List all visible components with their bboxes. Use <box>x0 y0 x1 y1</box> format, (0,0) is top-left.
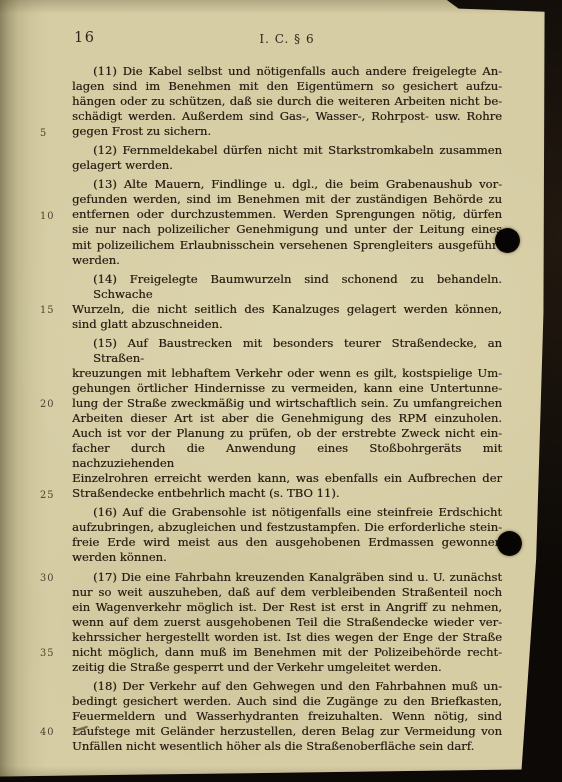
text-line: 20lung der Straße zweckmäßig und wirtsch… <box>72 396 502 411</box>
line-text: ein Wagenverkehr möglich ist. Der Rest i… <box>72 600 502 614</box>
text-line: gefunden werden, sind im Benehmen mit de… <box>72 192 502 207</box>
line-text: kehrssicher hergestellt worden ist. Ist … <box>72 630 502 644</box>
line-text: entfernen oder durchzustemmen. Werden Sp… <box>72 207 502 221</box>
paragraph: (11) Die Kabel selbst und nötigenfalls a… <box>72 64 502 139</box>
line-text: werden können. <box>72 550 167 564</box>
line-text: Unfällen nicht wesentlich höher als die … <box>72 739 474 753</box>
text-line: kehrssicher hergestellt worden ist. Ist … <box>72 630 502 645</box>
line-text: (12) Fernmeldekabel dürfen nicht mit Sta… <box>93 143 502 157</box>
line-text: kreuzungen mit lebhaftem Verkehr oder we… <box>72 366 502 380</box>
paragraph: (18) Der Verkehr auf den Gehwegen und de… <box>72 679 502 754</box>
line-text: freie Erde wird meist aus den ausgehoben… <box>72 535 502 549</box>
text-line: (16) Auf die Grabensohle ist nötigenfall… <box>72 505 502 520</box>
text-line: zeitig die Straße gesperrt und der Verke… <box>72 660 502 675</box>
paragraph: 30(17) Die eine Fahrbahn kreuzenden Kana… <box>72 570 502 675</box>
text-line: (14) Freigelegte Baumwurzeln sind schone… <box>72 272 502 302</box>
line-text: gegen Frost zu sichern. <box>72 124 211 138</box>
hole-punch-bottom <box>497 531 522 556</box>
line-text: Einzelrohren erreicht werden kann, was e… <box>72 471 502 485</box>
text-line: 40Laufstege mit Geländer herzustellen, d… <box>72 724 502 739</box>
margin-line-number: 25 <box>40 488 64 503</box>
text-line: 30(17) Die eine Fahrbahn kreuzenden Kana… <box>72 570 502 585</box>
line-text: nur so weit auszuheben, daß auf dem verb… <box>72 585 502 599</box>
line-text: lung der Straße zweckmäßig und wirtschaf… <box>72 396 502 410</box>
book-page: 16 I. C. § 6 (11) Die Kabel selbst und n… <box>0 0 562 782</box>
margin-line-number: 20 <box>40 397 64 412</box>
line-text: gelagert werden. <box>72 158 173 172</box>
line-text: (14) Freigelegte Baumwurzeln sind schone… <box>93 272 502 301</box>
line-text: werden. <box>72 253 120 267</box>
line-text: lagen sind im Benehmen mit den Eigentüme… <box>72 79 502 93</box>
text-line: sind glatt abzuschneiden. <box>72 317 502 332</box>
line-text: Auch ist vor der Planung zu prüfen, ob d… <box>72 426 502 440</box>
line-text: nicht möglich, dann muß im Benehmen mit … <box>72 645 502 659</box>
line-text: mit polizeilichem Erlaubnisschein verseh… <box>72 238 502 252</box>
text-line: 5gegen Frost zu sichern. <box>72 124 502 139</box>
line-text: aufzubringen, abzugleichen und festzusta… <box>72 520 502 534</box>
text-line: hängen oder zu schützen, daß sie durch d… <box>72 94 502 109</box>
paragraph: (15) Auf Baustrecken mit besonders teure… <box>72 336 502 502</box>
line-text: bedingt gesichert werden. Auch sind die … <box>72 694 502 708</box>
text-line: bedingt gesichert werden. Auch sind die … <box>72 694 502 709</box>
text-line: 25Straßendecke entbehrlich macht (s. TBO… <box>72 486 502 501</box>
line-text: (11) Die Kabel selbst und nötigenfalls a… <box>93 64 502 78</box>
paragraph: (12) Fernmeldekabel dürfen nicht mit Sta… <box>72 143 502 173</box>
line-text: (16) Auf die Grabensohle ist nötigenfall… <box>93 505 502 519</box>
text-line: Einzelrohren erreicht werden kann, was e… <box>72 471 502 486</box>
line-text: (17) Die eine Fahrbahn kreuzenden Kanalg… <box>93 570 502 584</box>
body-text: (11) Die Kabel selbst und nötigenfalls a… <box>72 64 502 758</box>
margin-line-number: 15 <box>40 303 64 318</box>
margin-line-number: 30 <box>40 571 64 586</box>
margin-line-number: 35 <box>40 646 64 661</box>
text-line: werden. <box>72 253 502 268</box>
paragraph: (14) Freigelegte Baumwurzeln sind schone… <box>72 272 502 332</box>
text-line: nur so weit auszuheben, daß auf dem verb… <box>72 585 502 600</box>
text-line: wenn auf dem zuerst ausgehobenen Teil di… <box>72 615 502 630</box>
margin-line-number: 5 <box>40 126 64 141</box>
text-line: facher durch die Anwendung eines Stoßboh… <box>72 441 502 471</box>
text-line: freie Erde wird meist aus den ausgehoben… <box>72 535 502 550</box>
text-line: (11) Die Kabel selbst und nötigenfalls a… <box>72 64 502 79</box>
margin-line-number: 10 <box>40 209 64 224</box>
text-line: 35nicht möglich, dann muß im Benehmen mi… <box>72 645 502 660</box>
text-line: mit polizeilichem Erlaubnisschein verseh… <box>72 238 502 253</box>
line-text: Wurzeln, die nicht seitlich des Kanalzug… <box>72 302 502 316</box>
line-text: gehungen örtlicher Hindernisse zu vermei… <box>72 381 502 395</box>
paragraph: (16) Auf die Grabensohle ist nötigenfall… <box>72 505 502 565</box>
text-line: ein Wagenverkehr möglich ist. Der Rest i… <box>72 600 502 615</box>
text-line: gehungen örtlicher Hindernisse zu vermei… <box>72 381 502 396</box>
text-line: Feuermeldern und Wasserhydranten freizuh… <box>72 709 502 724</box>
line-text: hängen oder zu schützen, daß sie durch d… <box>72 94 502 108</box>
line-text: zeitig die Straße gesperrt und der Verke… <box>72 660 442 674</box>
hole-punch-top <box>495 228 520 253</box>
line-text: sind glatt abzuschneiden. <box>72 317 223 331</box>
text-line: schädigt werden. Außerdem sind Gas-, Was… <box>72 109 502 124</box>
line-text: Laufstege mit Geländer herzustellen, der… <box>72 724 502 738</box>
text-line: (12) Fernmeldekabel dürfen nicht mit Sta… <box>72 143 502 158</box>
line-text: schädigt werden. Außerdem sind Gas-, Was… <box>72 109 502 123</box>
line-text: gefunden werden, sind im Benehmen mit de… <box>72 192 502 206</box>
line-text: Feuermeldern und Wasserhydranten freizuh… <box>72 709 502 723</box>
paragraph: (13) Alte Mauern, Findlinge u. dgl., die… <box>72 177 502 267</box>
line-text: Straßendecke entbehrlich macht (s. TBO 1… <box>72 486 340 500</box>
text-line: gelagert werden. <box>72 158 502 173</box>
line-text: facher durch die Anwendung eines Stoßboh… <box>72 441 502 470</box>
text-line: kreuzungen mit lebhaftem Verkehr oder we… <box>72 366 502 381</box>
text-line: Unfällen nicht wesentlich höher als die … <box>72 739 502 754</box>
text-line: (15) Auf Baustrecken mit besonders teure… <box>72 336 502 366</box>
text-line: (13) Alte Mauern, Findlinge u. dgl., die… <box>72 177 502 192</box>
text-line: werden können. <box>72 550 502 565</box>
line-text: Arbeiten dieser Art ist aber die Genehmi… <box>72 411 502 425</box>
text-line: Auch ist vor der Planung zu prüfen, ob d… <box>72 426 502 441</box>
line-text: (15) Auf Baustrecken mit besonders teure… <box>93 336 502 365</box>
line-text: wenn auf dem zuerst ausgehobenen Teil di… <box>72 615 502 629</box>
page-header: 16 I. C. § 6 <box>72 30 502 50</box>
line-text: (18) Der Verkehr auf den Gehwegen und de… <box>93 679 502 693</box>
line-text: sie nur nach polizeilicher Genehmigung u… <box>72 222 502 236</box>
scan-background: 16 I. C. § 6 (11) Die Kabel selbst und n… <box>0 0 562 782</box>
text-line: lagen sind im Benehmen mit den Eigentüme… <box>72 79 502 94</box>
text-line: 10entfernen oder durchzustemmen. Werden … <box>72 207 502 222</box>
margin-line-number: 40 <box>40 725 64 740</box>
text-line: Arbeiten dieser Art ist aber die Genehmi… <box>72 411 502 426</box>
text-line: aufzubringen, abzugleichen und festzusta… <box>72 520 502 535</box>
text-line: 15Wurzeln, die nicht seitlich des Kanalz… <box>72 302 502 317</box>
line-text: (13) Alte Mauern, Findlinge u. dgl., die… <box>93 177 502 191</box>
section-heading: I. C. § 6 <box>72 32 502 46</box>
text-line: (18) Der Verkehr auf den Gehwegen und de… <box>72 679 502 694</box>
text-line: sie nur nach polizeilicher Genehmigung u… <box>72 222 502 237</box>
